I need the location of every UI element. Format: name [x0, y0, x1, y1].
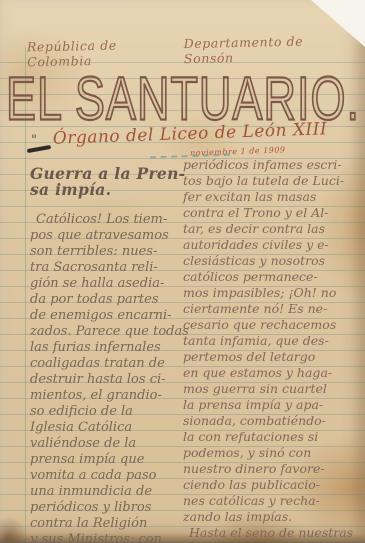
manuscript-line: cesario que rechacemos [183, 317, 363, 333]
manuscript-line: la con refutaciones si [183, 429, 363, 445]
article-heading-line: Guerra a la Pren- [30, 164, 182, 180]
manuscript-line: una inmundicia de [30, 484, 182, 500]
manuscript-line: coaligadas tratan de [30, 356, 182, 372]
manuscript-line: tos bajo la tutela de Luci- [183, 173, 363, 189]
manuscript-page: República de Colombia Departamento de So… [0, 0, 365, 543]
manuscript-line: podemos, y sinó con [183, 445, 363, 461]
left-column: Guerra a la Pren- sa impía. Católicos! L… [30, 164, 182, 543]
manuscript-line: so edificio de la [30, 404, 182, 420]
manuscript-line: contra la Religión [30, 516, 182, 532]
manuscript-line: fer excitan las masas [183, 189, 363, 205]
manuscript-line: tanta infamia, que des- [183, 333, 363, 349]
manuscript-line: son terribles: nues- [30, 244, 182, 260]
right-column: periódicos infames escri- tos bajo la tu… [183, 157, 363, 541]
manuscript-line: sionada, combatiéndo- [183, 413, 363, 429]
manuscript-line: zando las impías. [183, 509, 363, 525]
manuscript-line: ciendo las publicacio- [183, 477, 363, 493]
manuscript-line: periódicos infames escri- [183, 157, 363, 173]
manuscript-line: vomita a cada paso [30, 468, 182, 484]
manuscript-line: destruir hasta los ci- [30, 372, 182, 388]
department-header: Departamento de Sonsón [183, 33, 355, 67]
manuscript-line: valiéndose de la [30, 436, 182, 452]
manuscript-line: pos que atravesamos [30, 228, 182, 244]
manuscript-line: mos guerra sin cuartel [183, 381, 363, 397]
manuscript-line: pertemos del letargo [183, 349, 363, 365]
manuscript-line: nuestro dinero favore- [183, 461, 363, 477]
manuscript-line: contra el Trono y el Al- [183, 205, 363, 221]
manuscript-line: Iglesia Católica [30, 420, 182, 436]
manuscript-line: la prensa impía y apa- [183, 397, 363, 413]
manuscript-line: tra Sacrosanta reli- [30, 260, 182, 276]
manuscript-line: ciertamente nó! Es ne- [183, 301, 363, 317]
manuscript-line: prensa impía que [30, 452, 182, 468]
manuscript-line: las furias infernales [30, 340, 182, 356]
manuscript-line: en que estamos y haga- [183, 365, 363, 381]
manuscript-line: gión se halla asedia- [30, 276, 182, 292]
manuscript-line: autoridades civiles y e- [183, 237, 363, 253]
manuscript-line: periódicos y libros [30, 500, 182, 516]
manuscript-line: clesiásticas y nosotros [183, 253, 363, 269]
manuscript-line: y sus Ministros; con [30, 532, 182, 543]
manuscript-line: de enemigos encarni- [30, 308, 182, 324]
quote-mark: " [31, 133, 37, 148]
manuscript-line: nes católicas y recha- [183, 493, 363, 509]
manuscript-line: Católicos! Los tiem- [30, 212, 182, 228]
manuscript-line: da por todas partes [30, 292, 182, 308]
manuscript-line: Hasta el seno de nuestras [183, 525, 363, 541]
manuscript-line: zados. Parece que todas [30, 324, 182, 340]
manuscript-line: mos impasibles; ¡Oh! no [183, 285, 363, 301]
manuscript-line: mientos, el grandio- [30, 388, 182, 404]
manuscript-line: católicos permanece- [183, 269, 363, 285]
manuscript-line: tar, es decir contra las [183, 221, 363, 237]
